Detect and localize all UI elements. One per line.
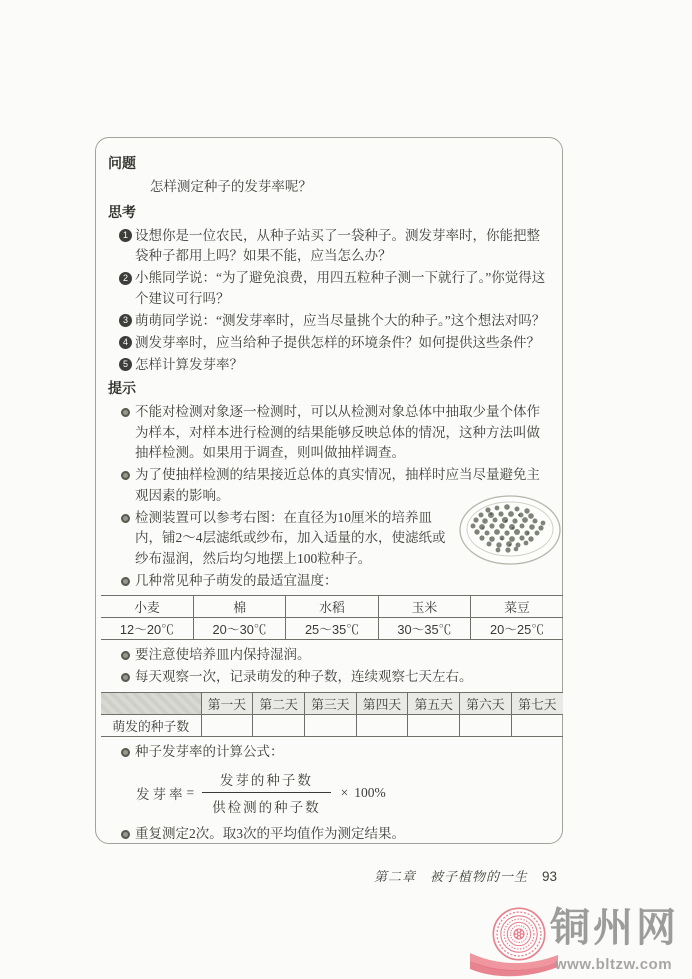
problem-question: 怎样测定种子的发芽率呢？: [108, 177, 550, 198]
obs-table-value-cell: [408, 714, 460, 736]
watermark-logo-icon: [491, 906, 547, 962]
hint-item-text: 每天观察一次，记录萌发的种子数，连续观察七天左右。: [135, 669, 473, 684]
hint-item: 检测装置可以参考右图：在直径为10厘米的培养皿内，铺2～4层滤纸或纱布，加入适量…: [108, 508, 550, 570]
obs-table-value-cell: [201, 714, 253, 736]
temp-table-header-cell: 水稻: [286, 596, 378, 618]
formula-fraction: 发芽的种子数 供检测的种子数: [202, 769, 331, 816]
number-circle-icon: 2: [119, 272, 132, 285]
watermark-site-url: www.bltzw.com: [555, 956, 672, 973]
think-item-text: 小熊同学说：“为了避免浪费，用四五粒种子测一下就行了。”你觉得这个建议可行吗？: [135, 270, 545, 306]
bullet-icon: [121, 408, 130, 417]
temp-table-header-cell: 玉米: [378, 596, 470, 618]
formula-numerator: 发芽的种子数: [202, 769, 331, 792]
obs-table-value-cell: [304, 714, 356, 736]
watermark: 铜州网 www.bltzw.com: [474, 897, 692, 979]
number-circle-icon: 1: [119, 229, 132, 242]
bullet-icon: [121, 748, 130, 757]
hint-item-text: 种子发芽率的计算公式：: [135, 744, 284, 759]
temp-table-header-cell: 菜豆: [471, 596, 563, 618]
obs-table-value-cell: [356, 714, 408, 736]
problem-heading: 问题: [108, 154, 550, 172]
table-row: 小麦 棉 水稻 玉米 菜豆: [101, 596, 563, 618]
observation-table: 第一天 第二天 第三天 第四天 第五天 第六天 第七天 萌发的种子数: [101, 692, 563, 737]
obs-table-value-cell: [511, 714, 563, 736]
hint-item-text: 不能对检测对象逐一检测时，可以从检测对象总体中抽取少量个体作为样本，对样本进行检…: [135, 404, 540, 460]
bullet-icon: [121, 673, 130, 682]
think-item-text: 设想你是一位农民，从种子站买了一袋种子。测发芽率时，你能把整袋种子都用上吗？如果…: [135, 228, 540, 264]
obs-table-header-cell: 第七天: [511, 692, 563, 714]
table-row: 第一天 第二天 第三天 第四天 第五天 第六天 第七天: [101, 692, 563, 714]
think-item-text: 怎样计算发芽率？: [135, 357, 243, 372]
textbook-page: 问题 怎样测定种子的发芽率呢？ 思考 1设想你是一位农民，从种子站买了一袋种子。…: [0, 0, 692, 979]
think-item: 5怎样计算发芽率？: [108, 355, 550, 376]
number-circle-icon: 4: [119, 336, 132, 349]
formula-percent: 100%: [354, 785, 386, 801]
think-item: 2小熊同学说：“为了避免浪费，用四五粒种子测一下就行了。”你觉得这个建议可行吗？: [108, 268, 550, 309]
hint-item-text: 要注意使培养皿内保持湿润。: [135, 647, 311, 662]
page-number: 93: [542, 869, 557, 884]
hint-item: 重复测定2次。取3次的平均值作为测定结果。: [108, 824, 550, 845]
think-item: 4测发芽率时，应当给种子提供怎样的环境条件？如何提供这些条件？: [108, 333, 550, 354]
think-item-text: 测发芽率时，应当给种子提供怎样的环境条件？如何提供这些条件？: [135, 335, 540, 350]
germination-rate-formula: 发芽率 = 发芽的种子数 供检测的种子数 × 100%: [136, 769, 550, 816]
table-row: 12～20℃ 20～30℃ 25～35℃ 30～35℃ 20～25℃: [101, 618, 563, 640]
obs-table-corner-cell: [101, 692, 201, 714]
hint-item: 不能对检测对象逐一检测时，可以从检测对象总体中抽取少量个体作为样本，对样本进行检…: [108, 402, 550, 464]
formula-denominator: 供检测的种子数: [202, 792, 331, 816]
obs-table-header-cell: 第五天: [408, 692, 460, 714]
bullet-icon: [121, 830, 130, 839]
obs-table-header-cell: 第四天: [356, 692, 408, 714]
table-row: 萌发的种子数: [101, 714, 563, 736]
formula-times: ×: [341, 785, 349, 801]
bullet-icon: [121, 577, 130, 586]
formula-lhs: 发芽率: [136, 783, 186, 803]
page-footer: 第二章 被子植物的一生93: [95, 866, 557, 885]
obs-table-value-cell: [460, 714, 512, 736]
hint-item-text: 重复测定2次。取3次的平均值作为测定结果。: [135, 826, 405, 841]
obs-table-header-cell: 第一天: [201, 692, 253, 714]
temp-table-value-cell: 12～20℃: [101, 618, 193, 640]
number-circle-icon: 3: [119, 314, 132, 327]
chapter-title: 第二章 被子植物的一生: [374, 869, 528, 884]
activity-box: 问题 怎样测定种子的发芽率呢？ 思考 1设想你是一位农民，从种子站买了一袋种子。…: [95, 137, 563, 844]
obs-table-header-cell: 第六天: [460, 692, 512, 714]
temp-table-value-cell: 25～35℃: [286, 618, 378, 640]
hint-heading: 提示: [108, 379, 550, 397]
think-item-text: 萌萌同学说：“测发芽率时，应当尽量挑个大的种子。”这个想法对吗？: [135, 313, 545, 328]
formula-equals: =: [187, 785, 195, 801]
bullet-icon: [121, 651, 130, 660]
obs-table-value-cell: [253, 714, 305, 736]
temp-table-header-cell: 棉: [193, 596, 285, 618]
bullet-icon: [121, 471, 130, 480]
hint-item: 种子发芽率的计算公式：: [108, 742, 550, 763]
think-item: 1设想你是一位农民，从种子站买了一袋种子。测发芽率时，你能把整袋种子都用上吗？如…: [108, 226, 550, 267]
obs-table-header-cell: 第二天: [253, 692, 305, 714]
hint-item-text: 几种常见种子萌发的最适宜温度：: [135, 573, 338, 588]
number-circle-icon: 5: [119, 358, 132, 371]
petri-dish-illustration: [458, 493, 562, 574]
hint-item: 几种常见种子萌发的最适宜温度：: [108, 571, 550, 592]
hint-item-text: 检测装置可以参考右图：在直径为10厘米的培养皿内，铺2～4层滤纸或纱布，加入适量…: [135, 510, 446, 566]
bullet-icon: [121, 514, 130, 523]
hint-item: 要注意使培养皿内保持湿润。: [108, 645, 550, 666]
temp-table-value-cell: 30～35℃: [378, 618, 470, 640]
temp-table-value-cell: 20～30℃: [193, 618, 285, 640]
obs-table-label-cell: 萌发的种子数: [101, 714, 201, 736]
temp-table-value-cell: 20～25℃: [471, 618, 563, 640]
watermark-site-name: 铜州网: [550, 907, 679, 949]
temp-table-header-cell: 小麦: [101, 596, 193, 618]
hint-item: 每天观察一次，记录萌发的种子数，连续观察七天左右。: [108, 667, 550, 688]
temperature-table: 小麦 棉 水稻 玉米 菜豆 12～20℃ 20～30℃ 25～35℃ 30～35…: [101, 595, 563, 640]
think-heading: 思考: [108, 203, 550, 221]
think-item: 3萌萌同学说：“测发芽率时，应当尽量挑个大的种子。”这个想法对吗？: [108, 311, 550, 332]
obs-table-header-cell: 第三天: [304, 692, 356, 714]
